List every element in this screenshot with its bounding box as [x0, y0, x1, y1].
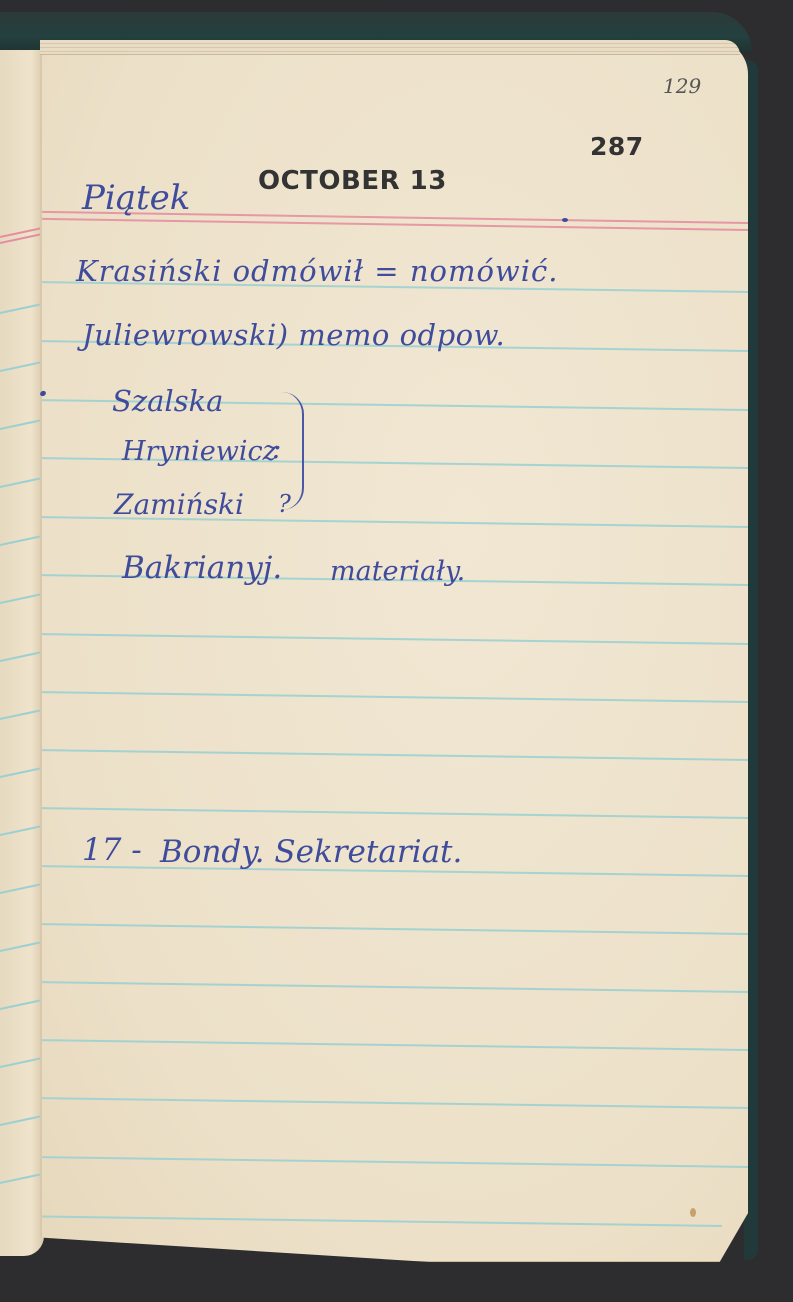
archive-number: 129	[663, 74, 701, 98]
page-stack-edges	[40, 40, 740, 55]
handwritten-line-2: Juliewrowski) memo odpow.	[82, 318, 505, 352]
list-item-name: Bakrianyj.	[122, 550, 282, 586]
list-item-mark: :	[272, 432, 281, 465]
entry-date-number: 17 -	[82, 832, 142, 868]
list-item-note: materiały.	[330, 556, 465, 587]
handwritten-day-word: Piątek	[82, 178, 190, 218]
date-heading: OCTOBER 13	[258, 166, 447, 196]
entry-17-text: Bondy. Sekretariat.	[160, 834, 462, 870]
grouping-brace	[282, 392, 304, 510]
list-item-name: Szalska	[112, 384, 223, 418]
list-item-name: Hryniewicz	[122, 436, 277, 467]
page-number: 287	[590, 132, 644, 161]
ink-blot	[562, 218, 568, 222]
handwritten-line-1: Krasiński odmówił = nomówić.	[76, 254, 558, 288]
paper-stain	[690, 1208, 696, 1217]
list-item-name: Zamiński	[114, 488, 244, 521]
